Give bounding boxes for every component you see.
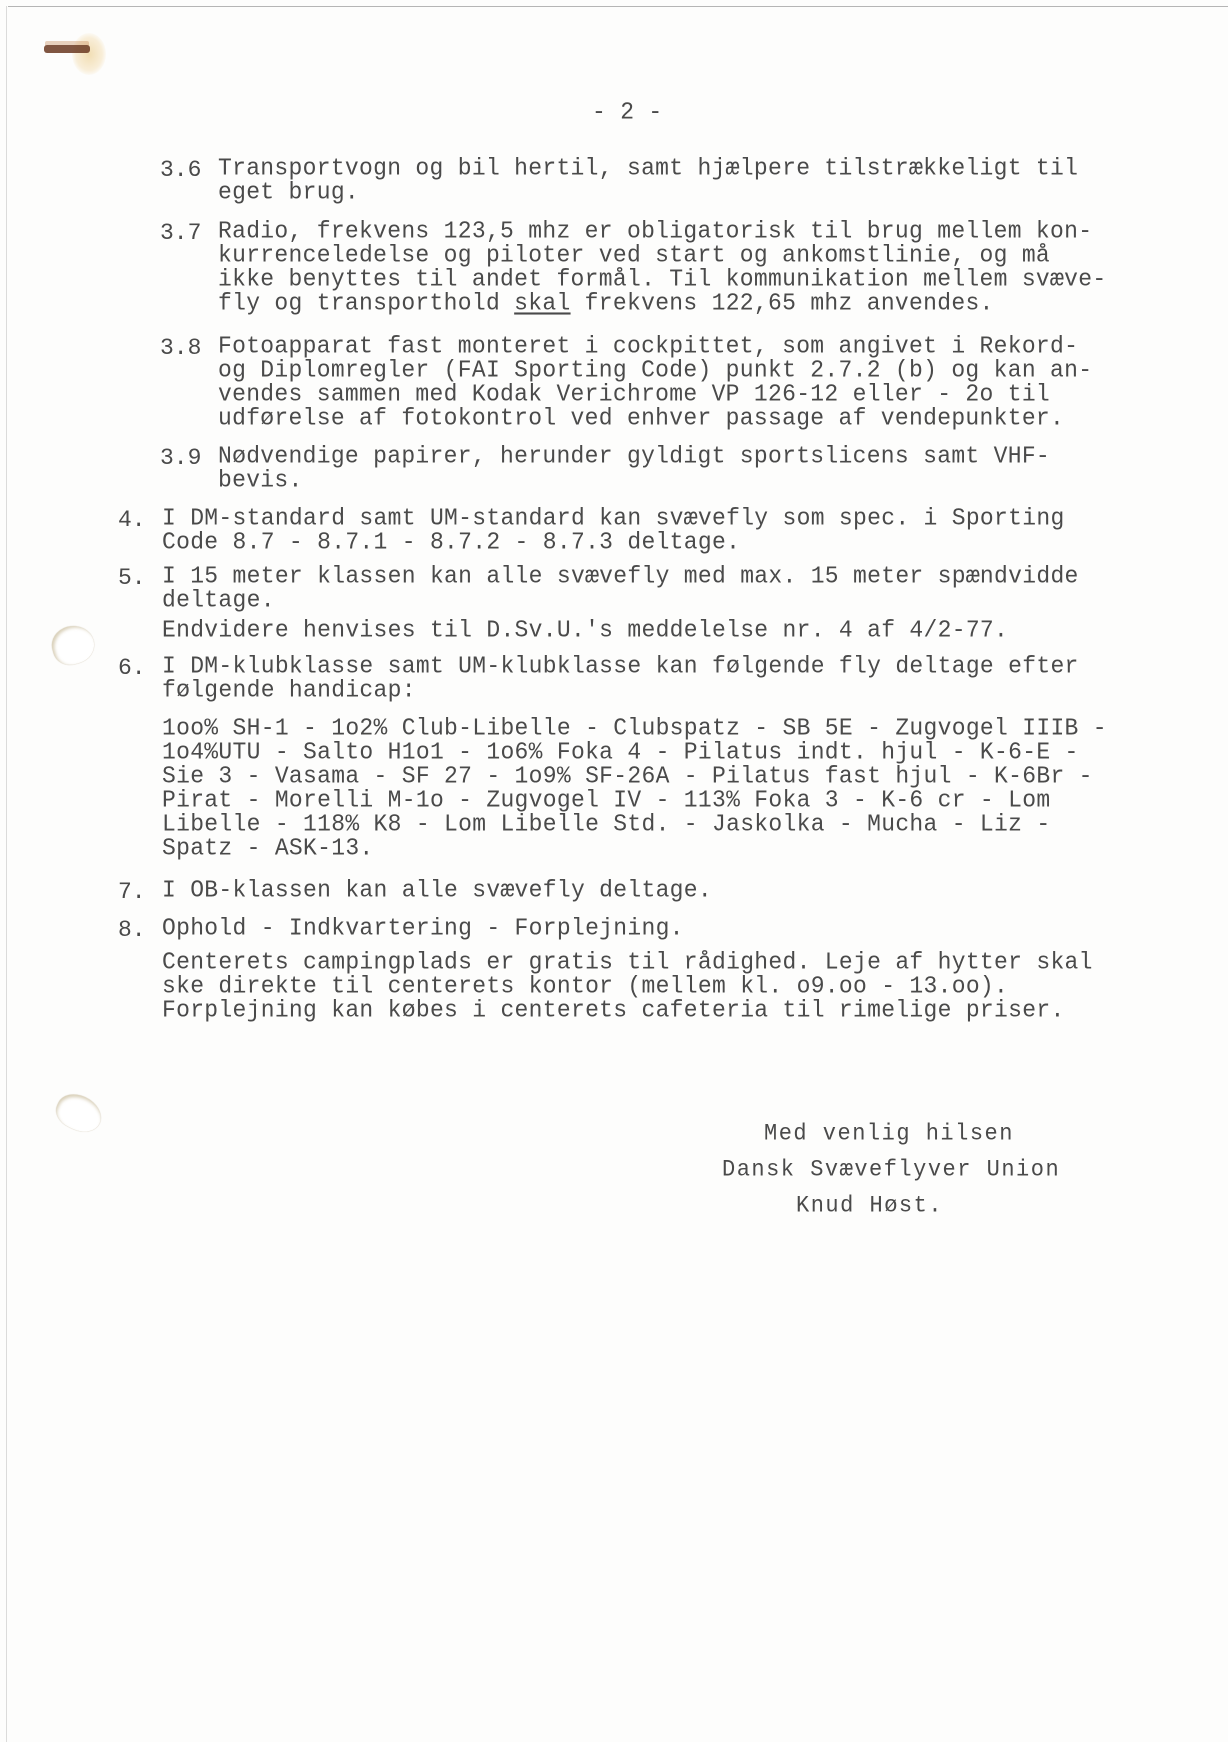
section-number: 3.6 xyxy=(160,158,201,182)
section-line: Transportvogn og bil hertil, samt hjælpe… xyxy=(218,155,1078,180)
handicap-line: Spatz - ASK-13. xyxy=(162,835,374,860)
signature-organization: Dansk Svæveflyver Union xyxy=(722,1157,1060,1182)
page-left-edge xyxy=(6,6,7,1742)
section-number: 6. xyxy=(118,656,146,680)
page-top-edge xyxy=(8,6,1228,7)
handicap-line: 1o4%UTU - Salto H1o1 - 1o6% Foka 4 - Pil… xyxy=(162,739,1079,764)
section-number: 5. xyxy=(118,566,146,590)
section-number: 7. xyxy=(118,880,146,904)
section-number: 4. xyxy=(118,508,146,532)
section-line: Code 8.7 - 8.7.1 - 8.7.2 - 8.7.3 deltage… xyxy=(162,529,740,554)
section-line: bevis. xyxy=(218,467,303,492)
section-number: 3.8 xyxy=(160,336,201,360)
punch-hole-upper xyxy=(48,621,98,669)
section-line: udførelse af fotokontrol ved enhver pass… xyxy=(218,405,1064,430)
section-line: eget brug. xyxy=(218,179,359,204)
section-line: kurrenceledelse og piloter ved start og … xyxy=(218,242,1050,267)
section-line: og Diplomregler (FAI Sporting Code) punk… xyxy=(218,357,1092,382)
paragraph-line: Forplejning kan købes i centerets cafete… xyxy=(162,997,1065,1022)
paragraph-line: Centerets campingplads er gratis til råd… xyxy=(162,949,1093,974)
section-line: I DM-standard samt UM-standard kan svæve… xyxy=(162,505,1065,530)
paragraph-line: ske direkte til centerets kontor (mellem… xyxy=(162,973,1008,998)
section-line: ikke benyttes til andet formål. Til komm… xyxy=(218,266,1106,291)
handicap-line: 1oo% SH-1 - 1o2% Club-Libelle - Clubspat… xyxy=(162,715,1107,740)
handicap-line: Sie 3 - Vasama - SF 27 - 1o9% SF-26A - P… xyxy=(162,763,1093,788)
page-number: - 2 - xyxy=(592,99,663,124)
section-number: 3.7 xyxy=(160,221,201,245)
underlined-word: skal xyxy=(514,289,570,316)
section-line: Endvidere henvises til D.Sv.U.'s meddele… xyxy=(162,617,1008,642)
section-line: Ophold - Indkvartering - Forplejning. xyxy=(162,915,684,940)
punch-hole-lower xyxy=(51,1088,107,1138)
section-line: I DM-klubklasse samt UM-klubklasse kan f… xyxy=(162,653,1079,678)
rust-stain xyxy=(72,33,106,75)
section-line: Fotoapparat fast monteret i cockpittet, … xyxy=(218,333,1078,358)
section-line: deltage. xyxy=(162,587,275,612)
signature-closing: Med venlig hilsen xyxy=(764,1121,1014,1146)
section-line-with-underline: fly og transporthold skal frekvens 122,6… xyxy=(218,290,994,315)
staple-rust-mark xyxy=(44,45,90,53)
section-line: Nødvendige papirer, herunder gyldigt spo… xyxy=(218,443,1050,468)
section-number: 8. xyxy=(118,918,146,942)
section-line: I OB-klassen kan alle svævefly deltage. xyxy=(162,877,712,902)
section-line: følgende handicap: xyxy=(162,677,416,702)
section-line: Radio, frekvens 123,5 mhz er obligatoris… xyxy=(218,218,1092,243)
section-line: vendes sammen med Kodak Verichrome VP 12… xyxy=(218,381,1050,406)
section-line: I 15 meter klassen kan alle svævefly med… xyxy=(162,563,1079,588)
handicap-line: Pirat - Morelli M-1o - Zugvogel IV - 113… xyxy=(162,787,1050,812)
handicap-line: Libelle - 118% K8 - Lom Libelle Std. - J… xyxy=(162,811,1050,836)
section-number: 3.9 xyxy=(160,446,201,470)
signature-name: Knud Høst. xyxy=(796,1193,943,1218)
